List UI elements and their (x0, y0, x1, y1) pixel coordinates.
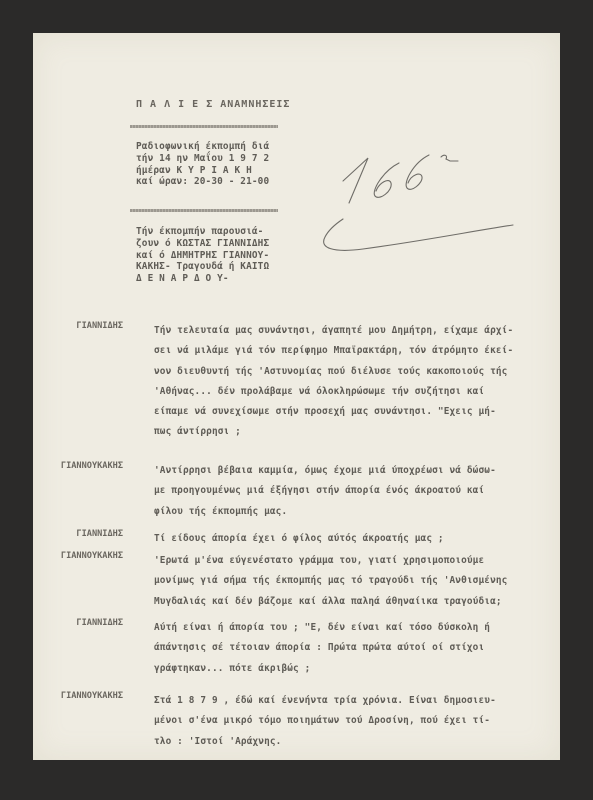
broadcast-line: τήν 14 ην Μαΐου 1 9 7 2 (136, 153, 269, 165)
broadcast-line: Ραδιοφωνική έκπομπή διά (136, 141, 269, 153)
speaker-name: ΓΙΑΝΝΙΔΗΣ (33, 529, 123, 541)
speech-line: Αύτή είναι ή άπορία του ; "Ε, δέν είναι … (154, 618, 490, 638)
broadcast-info: Ραδιοφωνική έκπομπή διά τήν 14 ην Μαΐου … (136, 141, 269, 188)
speech-line: με προηγουμένως μιά έξήγησι στήν άπορία … (154, 481, 496, 501)
speech-text: Τί είδους άπορία έχει ό φίλος αύτός άκρο… (154, 529, 444, 549)
speech-text: Τήν τελευταία μας συνάντησι, άγαπητέ μου… (154, 321, 513, 443)
presenters-line: Δ Ε Ν Α Ρ Δ Ο Υ- (136, 273, 269, 285)
dialogue-turn-1: ΓΙΑΝΝΙΔΗΣ Τήν τελευταία μας συνάντησι, ά… (33, 321, 560, 333)
speech-line: Τί είδους άπορία έχει ό φίλος αύτός άκρο… (154, 529, 444, 549)
broadcast-line: ήμέραν Κ Υ Ρ Ι Α Κ Η (136, 165, 269, 177)
speech-line: νον διευθυντή τής 'Αστυνομίας πού διέλυσ… (154, 362, 513, 382)
presenters-line: Τήν έκπομπήν παρουσιά- (136, 226, 269, 238)
speaker-name: ΓΙΑΝΝΙΔΗΣ (33, 321, 123, 333)
broadcast-line: καί ώραν: 20-30 - 21-00 (136, 176, 269, 188)
dialogue-turn-5: ΓΙΑΝΝΙΔΗΣ Αύτή είναι ή άπορία του ; "Ε, … (33, 618, 560, 630)
speech-line: μένοι σ'ένα μικρό τόμο ποιημάτων τού Δρο… (154, 711, 496, 731)
speech-line: γράφτηκαν... πότε άκριβώς ; (154, 659, 490, 679)
speech-line: Στά 1 8 7 9 , έδώ καί ένενήντα τρία χρόν… (154, 691, 496, 711)
speech-line: 'Αντίρρησι βέβαια καμμία, όμως έχομε μιά… (154, 461, 496, 481)
title-rule (130, 125, 278, 128)
dialogue-turn-4: ΓΙΑΝΝΟΥΚΑΚΗΣ 'Ερωτά μ'ένα εύγενέστατο γρ… (33, 551, 560, 563)
speech-line: είπαμε νά συνεχίσωμε στήν προσεχή μας συ… (154, 402, 513, 422)
speech-text: 'Ερωτά μ'ένα εύγενέστατο γράμμα του, για… (154, 551, 507, 612)
speech-line: τλο : 'Ιστοί 'Αράχνης. (154, 732, 496, 752)
presenters-info: Τήν έκπομπήν παρουσιά- ζουν ό ΚΩΣΤΑΣ ΓΙΑ… (136, 226, 269, 285)
document-page: Π Α Λ Ι Ε Σ ΑΝΑΜΝΗΣΕΙΣ Ραδιοφωνική έκπομ… (33, 33, 560, 760)
speech-text: 'Αντίρρησι βέβαια καμμία, όμως έχομε μιά… (154, 461, 496, 522)
dialogue-turn-3: ΓΙΑΝΝΙΔΗΣ Τί είδους άπορία έχει ό φίλος … (33, 529, 560, 541)
speech-line: φίλου τής έκπομπής μας. (154, 502, 496, 522)
speaker-name: ΓΙΑΝΝΙΔΗΣ (33, 618, 123, 630)
dialogue-turn-6: ΓΙΑΝΝΟΥΚΑΚΗΣ Στά 1 8 7 9 , έδώ καί ένενή… (33, 691, 560, 703)
document-title: Π Α Λ Ι Ε Σ ΑΝΑΜΝΗΣΕΙΣ (136, 99, 290, 111)
speech-line: πως άντίρρησι ; (154, 422, 513, 442)
speech-line: Μυγδαλιάς καί δέν βάζομε καί άλλα παληά … (154, 592, 507, 612)
speech-line: 'Αθήνας... δέν προλάβαμε νά όλοκληρώσωμε… (154, 382, 513, 402)
speech-line: σει νά μιλάμε γιά τόν περίφημο Μπαϊρακτά… (154, 341, 513, 361)
presenters-line: καί ό ΔΗΜΗΤΡΗΣ ΓΙΑΝΝΟΥ- (136, 250, 269, 262)
dialogue-turn-2: ΓΙΑΝΝΟΥΚΑΚΗΣ 'Αντίρρησι βέβαια καμμία, ό… (33, 461, 560, 473)
speech-text: Αύτή είναι ή άπορία του ; "Ε, δέν είναι … (154, 618, 490, 679)
handwritten-page-number (323, 133, 523, 253)
speaker-name: ΓΙΑΝΝΟΥΚΑΚΗΣ (33, 691, 123, 703)
speech-line: μονίμως γιά σήμα τής έκπομπής μας τό τρα… (154, 571, 507, 591)
speech-line: άπάντησις σέ τέτοιαν άπορία : Πρώτα πρώτ… (154, 638, 490, 658)
speaker-name: ΓΙΑΝΝΟΥΚΑΚΗΣ (33, 461, 123, 473)
speech-line: 'Ερωτά μ'ένα εύγενέστατο γράμμα του, για… (154, 551, 507, 571)
presenters-line: ΚΑΚΗΣ- Τραγουδά ή ΚΑΙΤΩ (136, 261, 269, 273)
section-rule (130, 209, 278, 212)
presenters-line: ζουν ό ΚΩΣΤΑΣ ΓΙΑΝΝΙΔΗΣ (136, 238, 269, 250)
speaker-name: ΓΙΑΝΝΟΥΚΑΚΗΣ (33, 551, 123, 563)
speech-line: Τήν τελευταία μας συνάντησι, άγαπητέ μου… (154, 321, 513, 341)
speech-text: Στά 1 8 7 9 , έδώ καί ένενήντα τρία χρόν… (154, 691, 496, 752)
